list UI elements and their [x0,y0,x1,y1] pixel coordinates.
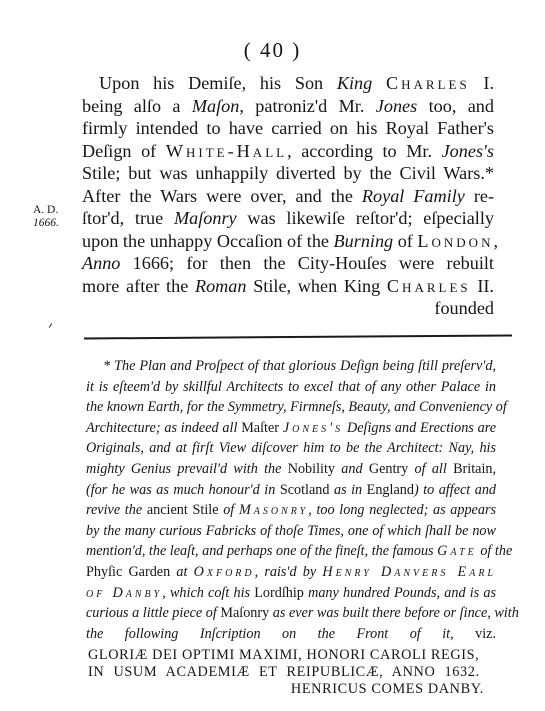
text-run: Stile; but was unhappily diverted by the… [82,163,494,183]
text-run: too, and [417,96,494,116]
inscription: GLORIÆ DEI OPTIMI MAXIMI, HONORI CAROLI … [88,647,498,698]
text-run: being alſo a [82,96,192,116]
text-run: viz. [475,626,496,642]
footnote-line: Phyſic Garden at Oxford, rais'd by Henry… [86,562,496,583]
text-run: ſtor'd, true [82,208,174,228]
text-run: , according to Mr. [287,141,442,161]
text-run: Architecture; as indeed all [86,420,241,436]
footnote-line: curious a little piece of Maſonry as eve… [86,603,496,624]
text-run: Gentry [369,461,408,477]
text-line: Anno 1666; for then the City-Houſes were… [82,252,494,275]
text-run: King [337,73,372,93]
text-run: the known Earth, for the Symmetry, Firmn… [86,399,507,415]
inscription-line-1: GLORIÆ DEI OPTIMI MAXIMI, HONORI CAROLI … [88,647,498,664]
text-run: Charles [386,73,470,93]
text-run: Maſonry [220,605,269,621]
text-run: ) to affect and [414,482,496,498]
margin-note-year: 1666. [33,217,59,230]
footnote-line: of Danby, which coſt his Lordſhip many h… [86,583,496,604]
text-run: (for he was as much honour'd in [86,482,280,498]
text-run: revive the [86,502,147,518]
text-run: , which coſt his [162,585,254,601]
footnote-line: (for he was as much honour'd in Scotland… [86,480,496,501]
text-run: mention'd, the leaſt, and perhaps one of… [86,543,437,559]
text-line: firmly intended to have carried on his R… [82,117,494,140]
text-run: , rais'd by [255,564,323,580]
text-run: of the [477,543,512,559]
text-line: upon the unhappy Occaſion of the Burning… [82,230,494,253]
text-run: Nobility [288,461,335,477]
margin-note: A. D. 1666. [33,204,59,230]
text-line: founded [82,297,494,320]
footnote-line: it is eſteem'd by skillful Architects to… [86,377,496,398]
footnote-line: revive the ancient Stile of Masonry, too… [86,500,496,521]
text-run: England [367,482,414,498]
text-run: , patroniz'd Mr. [239,96,375,116]
text-line: being alſo a Maſon, patroniz'd Mr. Jones… [82,95,494,118]
text-run: of [393,231,417,251]
text-run: at [170,564,193,580]
inscription-line-2: IN USUM ACADEMIÆ ET REIPUBLICÆ, ANNO 163… [88,664,498,681]
text-run: Upon his Demiſe, his Son [99,73,337,93]
text-run: as in [329,482,366,498]
text-run: Gate [437,543,477,559]
footnote-rule [84,335,512,340]
text-run: as ever was built there before or ſince,… [269,605,519,621]
text-run: 1666; for then the City-Houſes were rebu… [120,253,494,273]
text-run: Maſonry [174,208,237,228]
footnote-line: the known Earth, for the Symmetry, Firmn… [86,397,496,418]
text-run: upon the unhappy Occaſion of the [82,231,334,251]
text-run: Deſigns and Erections are [343,420,496,436]
text-run: more after the [82,276,195,296]
text-run: and [335,461,369,477]
text-run: curious a little piece of [86,605,220,621]
text-run: Masonry [239,502,308,518]
text-line: Upon his Demiſe, his Son King Charles I. [82,72,494,95]
text-run: it is eſteem'd by skillful Architects to… [86,379,496,395]
footnote-line: mighty Genius prevail'd with the Nobilit… [86,459,496,480]
text-run: Britain [453,461,492,477]
text-run: firmly intended to have carried on his R… [82,118,494,138]
text-run: of [219,502,239,518]
footnote-line: the following Inſcription on the Front o… [86,624,496,645]
text-run: * The Plan and Proſpect of that glorious… [103,358,496,374]
stray-mark [49,323,53,328]
text-run: , [492,461,496,477]
margin-note-label: A. D. [33,204,59,217]
text-run: Oxford [194,564,255,580]
text-line: ſtor'd, true Maſonry was likewiſe reſtor… [82,207,494,230]
text-run: founded [434,298,494,318]
text-run: II. [471,276,494,296]
inscription-signature: HENRICUS COMES DANBY. [88,681,498,698]
text-run: Roman [195,276,247,296]
text-run: Scotland [280,482,330,498]
text-run: by the many curious Fabricks of thoſe Ti… [86,523,496,539]
text-run: ancient Stile [147,502,219,518]
text-run: of Danby [86,585,162,601]
footnote-line: Architecture; as indeed all Maſter Jones… [86,418,496,439]
text-line: Deſign of White-Hall, according to Mr. J… [82,140,494,163]
footnote-line: * The Plan and Proſpect of that glorious… [86,356,496,377]
text-run: Jones's [442,141,494,161]
text-run: Jones [376,96,417,116]
text-run: Anno [82,253,120,273]
text-run: Deſign of [82,141,166,161]
text-run: , too long neglected; as appears [308,502,496,518]
text-run: Phyſic Garden [86,564,170,580]
text-run: Charles [387,276,471,296]
text-run: Burning [334,231,394,251]
text-line: Stile; but was unhappily diverted by the… [82,162,494,185]
text-run: , [493,231,498,251]
text-run: I. [470,73,494,93]
text-run: Maſter [241,420,279,436]
text-run: re- [465,186,494,206]
text-run: many hundred Pounds, and is as [304,585,496,601]
text-run: Originals, and at firſt View diſcover hi… [86,440,496,456]
text-run: London [417,231,493,251]
text-run: White-Hall [166,141,287,161]
book-page: ( 40 ) A. D. 1666. Upon his Demiſe, his … [0,0,545,711]
text-run: of all [408,461,453,477]
text-run: Royal Family [362,186,465,206]
footnote-line: by the many curious Fabricks of thoſe Ti… [86,521,496,542]
text-run: Maſon [192,96,240,116]
text-run: mighty Genius prevail'd with the [86,461,288,477]
text-run: Henry Danvers Earl [322,564,496,580]
text-run: After the Wars were over, and the [82,186,362,206]
footnote-line: mention'd, the leaſt, and perhaps one of… [86,541,496,562]
footnote: * The Plan and Proſpect of that glorious… [86,356,496,644]
text-run: Lordſhip [254,585,304,601]
text-run: Stile, when King [247,276,387,296]
page-number: ( 40 ) [0,38,545,63]
text-run: Jones's [283,420,343,436]
text-line: After the Wars were over, and the Royal … [82,185,494,208]
text-run: was likewiſe reſtor'd; eſpecially [237,208,494,228]
text-run: the following Inſcription on the Front o… [86,626,475,642]
main-text: Upon his Demiſe, his Son King Charles I.… [82,72,494,320]
footnote-line: Originals, and at firſt View diſcover hi… [86,438,496,459]
text-run [372,73,386,93]
text-line: more after the Roman Stile, when King Ch… [82,275,494,298]
